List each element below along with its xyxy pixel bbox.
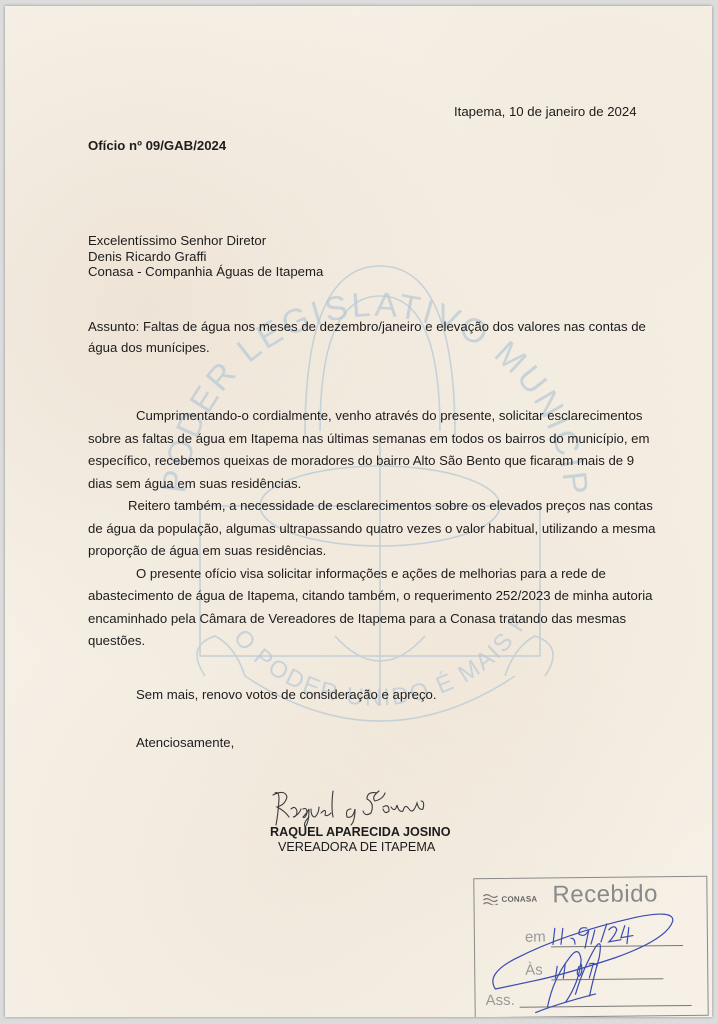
subject-line: Assunto: Faltas de água nos meses de dez… bbox=[88, 316, 648, 358]
handwritten-signature bbox=[267, 787, 437, 829]
signer-role: VEREADORA DE ITAPEMA bbox=[278, 840, 435, 855]
document-reference: Ofício nº 09/GAB/2024 bbox=[88, 138, 226, 153]
place-date: Itapema, 10 de janeiro de 2024 bbox=[454, 104, 637, 119]
recipient-name: Denis Ricardo Graffi bbox=[88, 249, 323, 265]
recipient-organization: Conasa - Companhia Águas de Itapema bbox=[88, 264, 323, 280]
body-paragraph: O presente ofício visa solicitar informa… bbox=[88, 563, 658, 653]
body-paragraph: Cumprimentando-o cordialmente, venho atr… bbox=[88, 405, 658, 495]
stamp-handwriting bbox=[474, 877, 707, 1017]
received-stamp: CONASA Recebido em Às Ass. bbox=[473, 876, 708, 1017]
letter-body: Cumprimentando-o cordialmente, venho atr… bbox=[88, 405, 658, 653]
letter-page: PODER LEGISLATIVO MUNICIPAL O PODER UNID… bbox=[5, 6, 712, 1017]
signer-name: RAQUEL APARECIDA JOSINO bbox=[270, 825, 451, 840]
recipient-salutation: Excelentíssimo Senhor Diretor bbox=[88, 233, 323, 249]
body-paragraph: Reitero também, a necessidade de esclare… bbox=[88, 495, 658, 563]
recipient-block: Excelentíssimo Senhor Diretor Denis Rica… bbox=[88, 233, 323, 280]
sign-off: Atenciosamente, bbox=[136, 735, 234, 750]
closing-remark: Sem mais, renovo votos de consideração e… bbox=[136, 687, 437, 702]
